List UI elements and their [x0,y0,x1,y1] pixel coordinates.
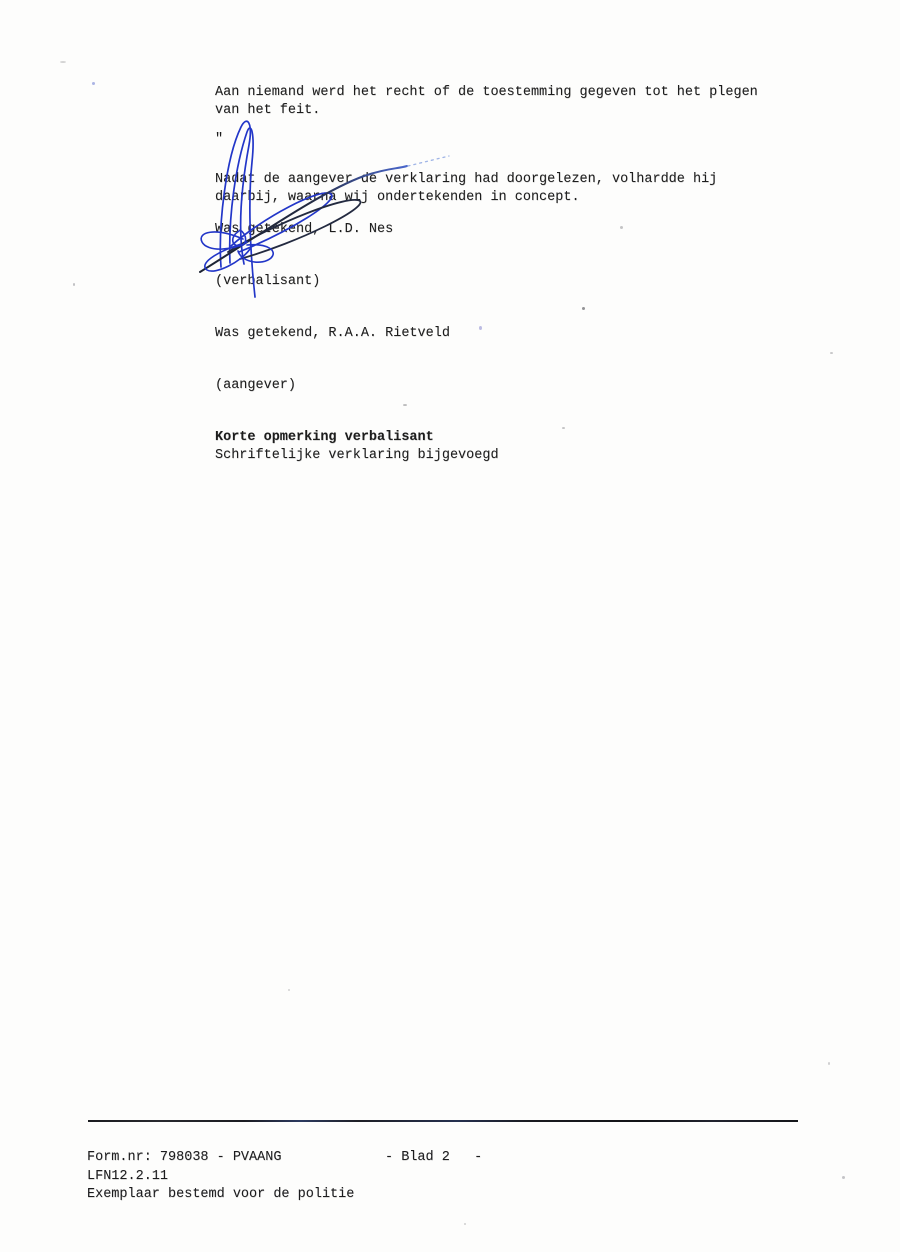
scan-speck [403,404,407,406]
signed-by-aangever-line: Was getekend, R.A.A. Rietveld [215,325,450,343]
role-aangever-line: (aangever) [215,377,296,395]
remark-body-line: Schriftelijke verklaring bijgevoegd [215,447,499,465]
quote-mark-line: " [215,131,223,149]
scanned-page: Aan niemand werd het recht of de toestem… [0,0,900,1252]
footer-lfn-code: LFN12.2.11 [87,1168,168,1186]
scan-speck [60,61,66,63]
scan-speck [828,1062,830,1065]
body-line: Aan niemand werd het recht of de toestem… [215,84,758,102]
body-line: Nadat de aangever de verklaring had door… [215,171,717,189]
scan-speck [479,326,482,330]
scan-speck [620,226,623,229]
signed-by-verbalisant-line: Was getekend, L.D. Nes [215,221,393,239]
body-line: van het feit. [215,102,320,120]
scan-speck [830,352,833,354]
scan-speck [842,1176,845,1179]
footer-copy-destination: Exemplaar bestemd voor de politie [87,1186,354,1204]
body-line: daarbij, waarna wij ondertekenden in con… [215,189,580,207]
scan-speck [562,427,565,429]
footer-page-indicator: - Blad 2 - [385,1149,482,1167]
scan-speck [582,307,585,310]
footer-divider-line [88,1120,798,1122]
scan-speck [464,1223,466,1225]
scan-speck [92,82,95,85]
remark-heading: Korte opmerking verbalisant [215,429,434,447]
scan-speck [288,989,290,991]
scan-speck [73,283,75,286]
footer-form-number: Form.nr: 798038 - PVAANG [87,1149,281,1167]
role-verbalisant-line: (verbalisant) [215,273,320,291]
